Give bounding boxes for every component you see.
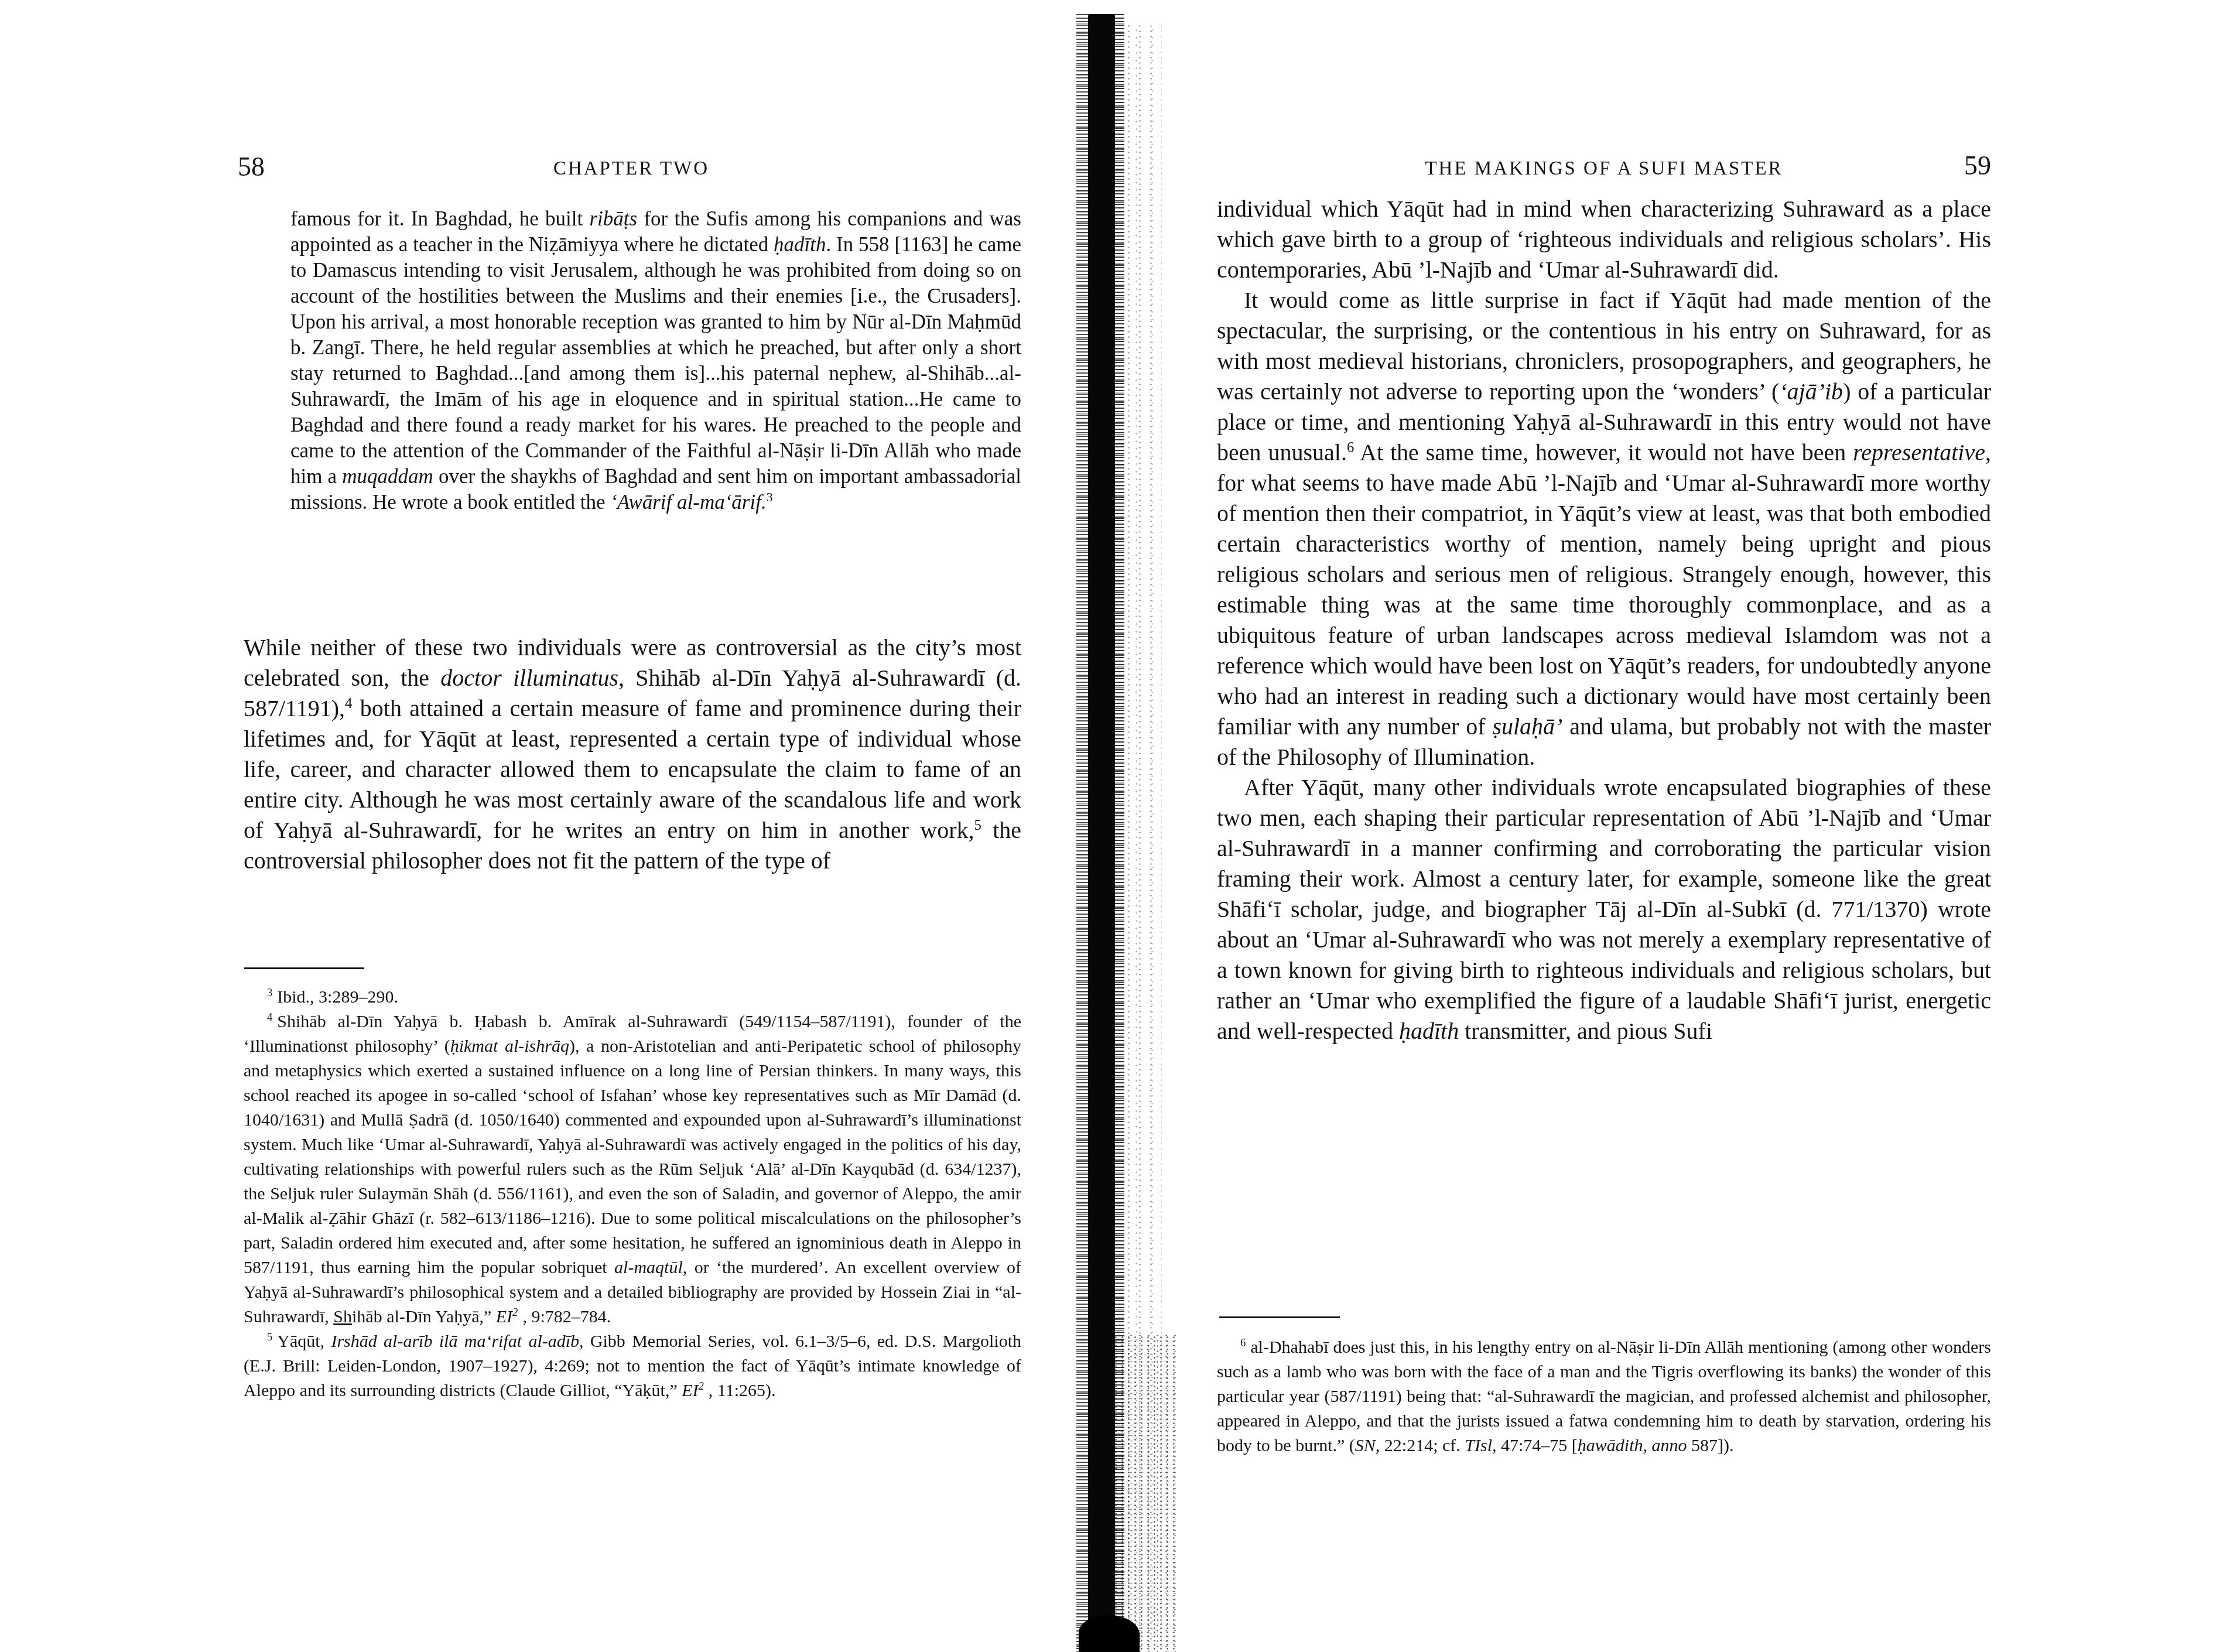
- scan-noise-speckle-bottom: [1113, 1335, 1178, 1652]
- body-text: individual which Yāqūt had in mind when …: [1217, 194, 1991, 1046]
- footnote-marker: 3: [267, 987, 272, 999]
- footnote: 6al-Dhahabī does just this, in his lengt…: [1217, 1335, 1991, 1458]
- footnote-separator: [1219, 1316, 1340, 1318]
- paragraph: After Yāqūt, many other individuals wrot…: [1217, 772, 1991, 1046]
- paragraph: It would come as little surprise in fact…: [1217, 285, 1991, 772]
- scan-gutter-blob: [1079, 1615, 1140, 1652]
- footnote-marker: 4: [267, 1011, 272, 1024]
- footnote: 4Shihāb al-Dīn Yaḥyā b. Ḥabash b. Amīrak…: [244, 1010, 1021, 1329]
- page-number: 59: [1217, 150, 1991, 181]
- footnotes: 3Ibid., 3:289–290.4Shihāb al-Dīn Yaḥyā b…: [244, 985, 1021, 1403]
- scan-gutter-fringe-left: [1076, 14, 1089, 1652]
- footnote: 3Ibid., 3:289–290.: [244, 985, 1021, 1010]
- scan-gutter-band: [1088, 14, 1115, 1652]
- block-quote: famous for it. In Baghdad, he built ribā…: [290, 206, 1021, 515]
- body-paragraph: While neither of these two individuals w…: [244, 632, 1021, 876]
- paragraph: individual which Yāqūt had in mind when …: [1217, 194, 1991, 285]
- footnote-marker: 5: [267, 1331, 272, 1343]
- footnote-marker: 6: [1240, 1337, 1246, 1349]
- footnote: 5Yāqūt, Irshād al-arīb ilā ma‘rifat al-a…: [244, 1329, 1021, 1403]
- running-header: CHAPTER TWO: [244, 158, 1019, 180]
- footnote-separator: [244, 967, 364, 969]
- footnotes: 6al-Dhahabī does just this, in his lengt…: [1217, 1335, 1991, 1458]
